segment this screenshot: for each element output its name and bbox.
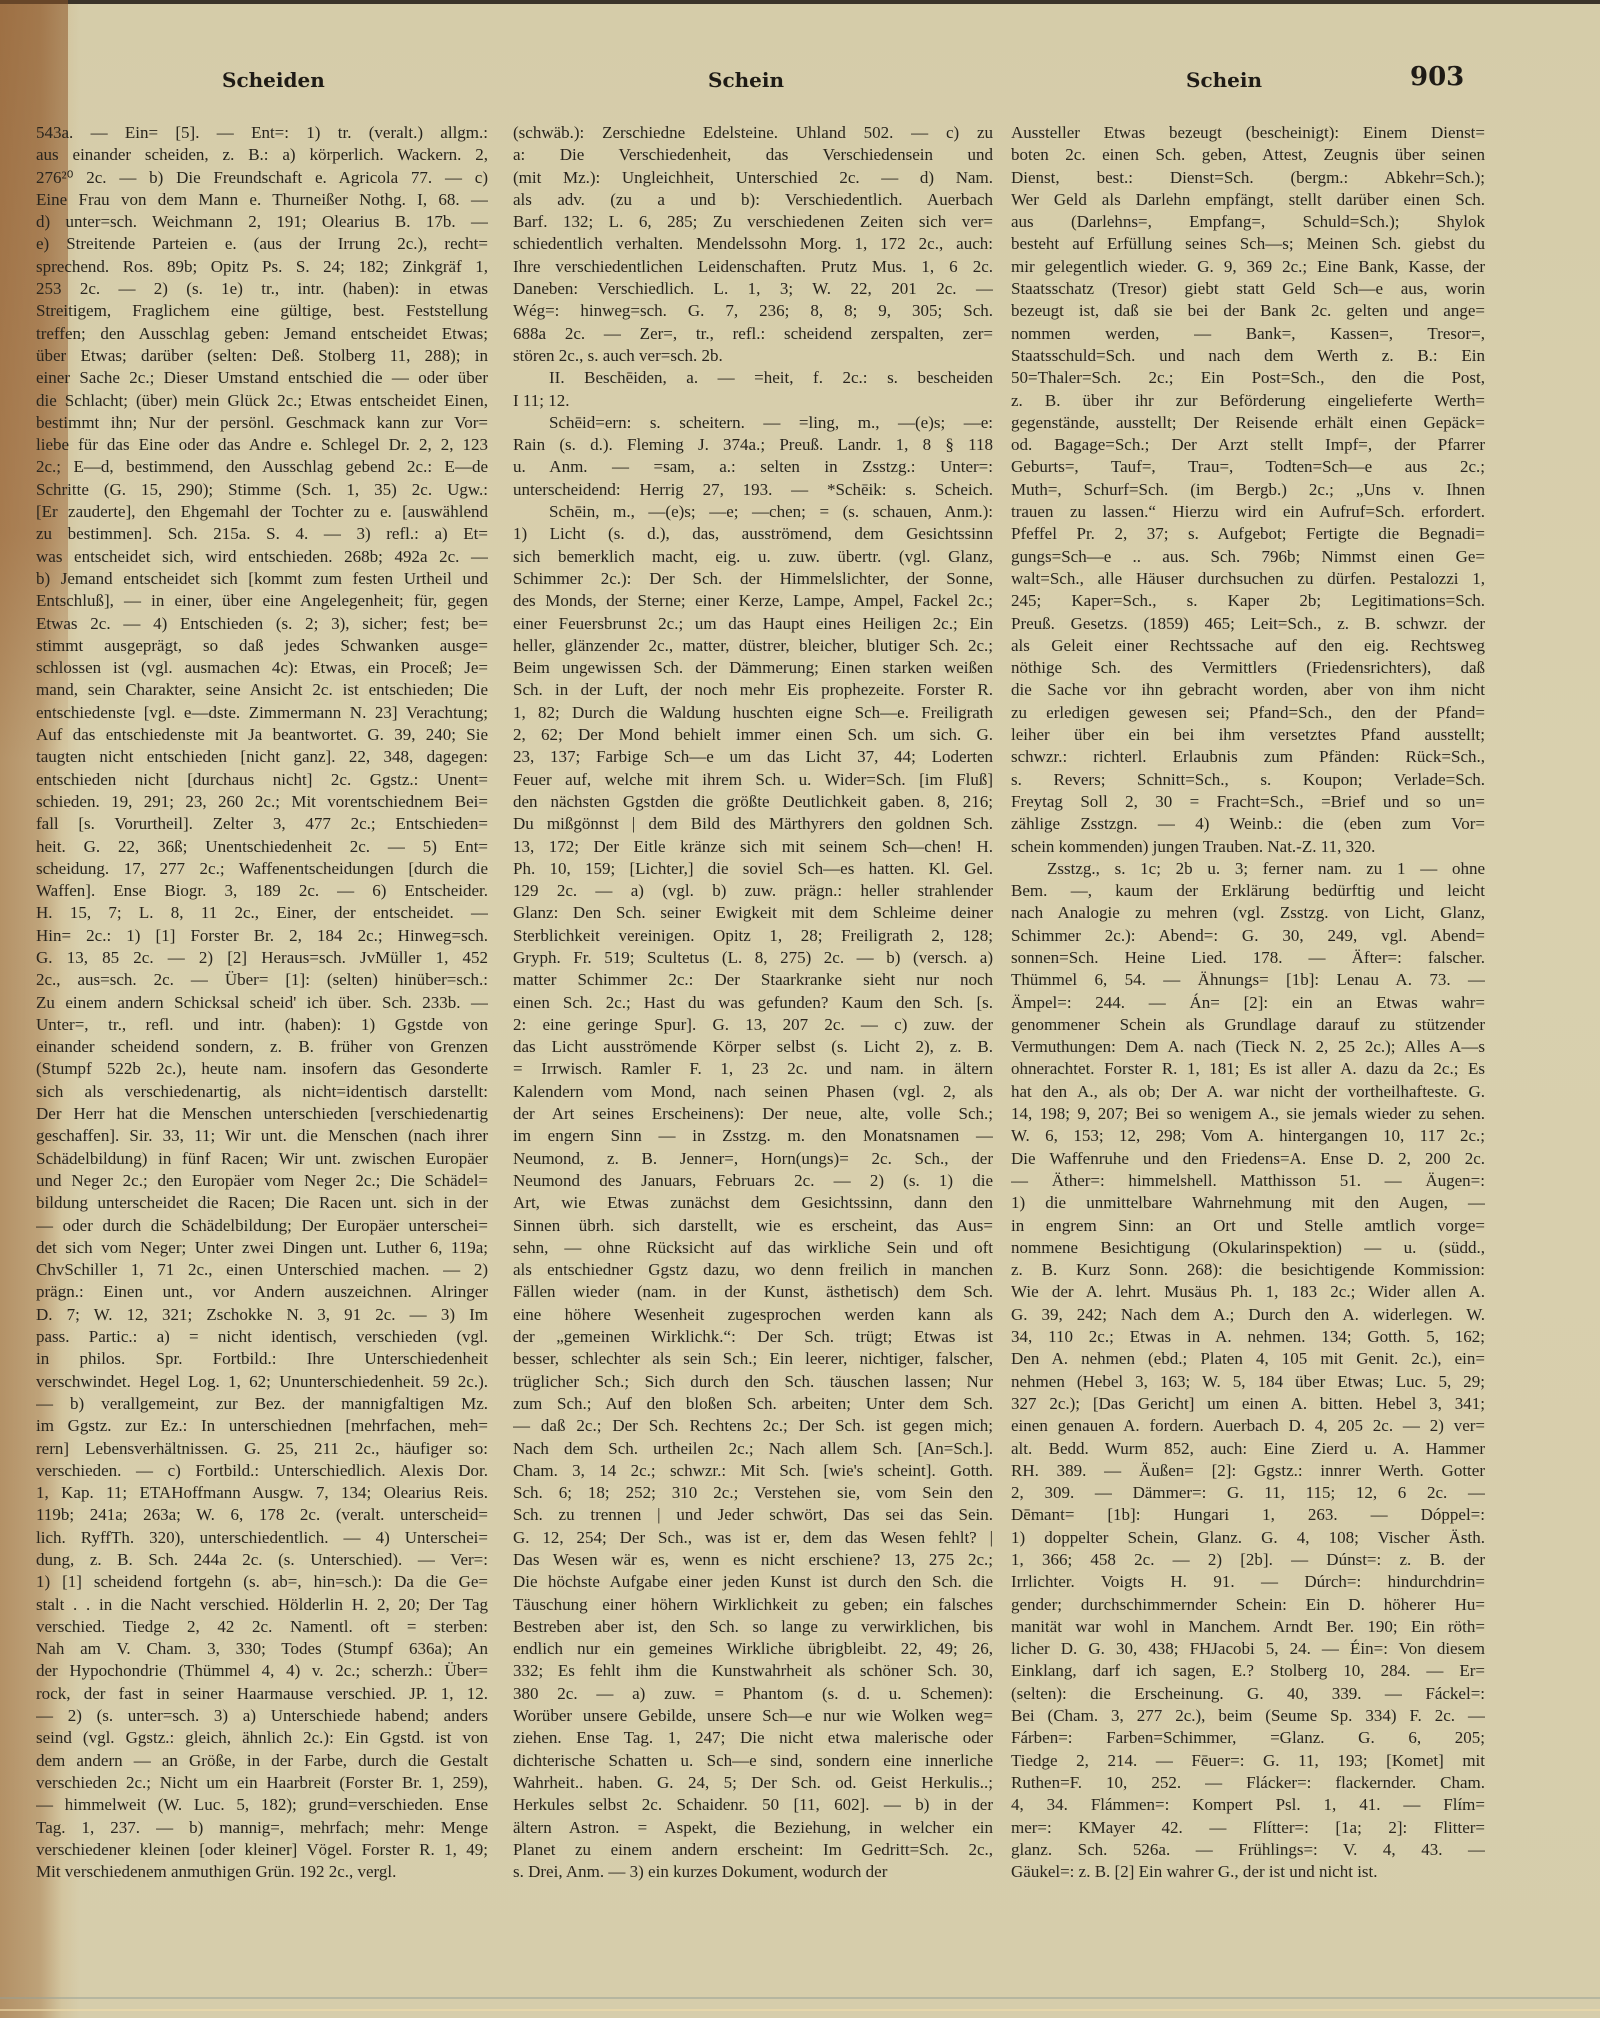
text-line: 245; Kaper=Sch., s. Kaper 2b; Legitimati…	[1011, 590, 1485, 612]
text-line: 2c.; E—d, bestimmend, den Ausschlag gebe…	[36, 456, 488, 478]
text-line: treffen; den Ausschlag geben: Jemand ent…	[36, 323, 488, 345]
text-line: 1) die unmittelbare Wahrnehmung mit den …	[1011, 1192, 1485, 1214]
text-line: zählige Zsstzgn. — 4) Weinb.: die (eben …	[1011, 813, 1485, 835]
text-line: Einklang, darf ich sagen, E.? Stolberg 1…	[1011, 1660, 1485, 1682]
text-line: der „gemeinen Wirklichk.“: Der Sch. trüg…	[513, 1326, 993, 1348]
text-line: und Neger 2c.; den Europäer vom Neger 2c…	[36, 1170, 488, 1192]
header-right-keyword: Schein	[1186, 68, 1262, 92]
text-line: der Art seines Erscheinens): Der neue, a…	[513, 1103, 993, 1125]
text-line: Das Wesen wär es, wenn es nicht erschien…	[513, 1549, 993, 1571]
text-line: 50=Thaler=Sch. 2c.; Ein Post=Sch., den d…	[1011, 367, 1485, 389]
text-line: aus einander scheiden, z. B.: a) körperl…	[36, 144, 488, 166]
text-line: s. Revers; Schnitt=Sch., s. Koupon; Verl…	[1011, 769, 1485, 791]
text-line: geschaffen]. Sir. 33, 11; Wir unt. die M…	[36, 1125, 488, 1147]
text-line: Fällen wieder (nam. in der Kunst, ästhet…	[513, 1281, 993, 1303]
text-line: schieden. 19, 291; 23, 260 2c.; Mit vore…	[36, 791, 488, 813]
text-line: boten 2c. einen Sch. geben, Attest, Zeug…	[1011, 144, 1485, 166]
text-line: nach Analogie zu mehren (vgl. Zsstzg. vo…	[1011, 902, 1485, 924]
text-line: mir gelegentlich wieder. G. 9, 369 2c.; …	[1011, 256, 1485, 278]
text-line: Schädelbildung) in fünf Racen; Wir unt. …	[36, 1148, 488, 1170]
text-line: — b) verallgemeint, zur Bez. der mannigf…	[36, 1393, 488, 1415]
text-line: Eine Frau von dem Mann e. Thurneißer Not…	[36, 189, 488, 211]
text-line: 1, Kap. 11; ETAHoffmann Ausgw. 7, 134; O…	[36, 1482, 488, 1504]
text-line: Unter=, tr., refl. und intr. (haben): 1)…	[36, 1014, 488, 1036]
text-line: Täuschung einer höhern Wirklichkeit zu g…	[513, 1594, 993, 1616]
text-line: Daneben: Verschiedlich. L. 1, 3; W. 22, …	[513, 278, 993, 300]
text-line: 276²⁰ 2c. — b) Die Freundschaft e. Agric…	[36, 167, 488, 189]
text-line: Zu einem andern Schicksal scheid' ich üb…	[36, 992, 488, 1014]
text-line: hat den A., als ob; Der A. war nicht der…	[1011, 1081, 1485, 1103]
text-line: nehmen (Hebel 3, 163; W. 5, 184 über Etw…	[1011, 1371, 1485, 1393]
text-line: — 2) (s. unter=sch. 3) a) Unterschiede h…	[36, 1705, 488, 1727]
header-middle-keyword: Schein	[708, 68, 784, 92]
text-line: besteht auf Erfüllung seines Sch—s; Mein…	[1011, 233, 1485, 255]
text-line: u. Anm. — =sam, a.: selten in Zsstzg.: U…	[513, 456, 993, 478]
text-line: den nächsten Ggstden die größte Deutlich…	[513, 791, 993, 813]
text-line: glanz. Sch. 526a. — Frühlings=: V. 4, 43…	[1011, 1839, 1485, 1861]
text-line: prägn.: Einen unt., vor Andern auszeichn…	[36, 1281, 488, 1303]
text-line: endlich nur ein gemeines Wirkliche übrig…	[513, 1638, 993, 1660]
text-line: stimmt ausgeprägt, so daß jedes Schwanke…	[36, 635, 488, 657]
text-line: heller, glänzender 2c., matter, düstrer,…	[513, 635, 993, 657]
text-line: einer Feuersbrunst 2c.; um das Haupt ein…	[513, 613, 993, 635]
text-line: im Ggstz. zur Ez.: In unterschiednen [me…	[36, 1415, 488, 1437]
text-line: s. Drei, Anm. — 3) ein kurzes Dokument, …	[513, 1861, 993, 1883]
text-line: nommene Besichtigung (Okularinspektion) …	[1011, 1237, 1485, 1259]
text-line: eine höhere Wesenheit zugesprochen werde…	[513, 1304, 993, 1326]
text-line: trauen zu lassen.“ Hierzu wird ein Aufru…	[1011, 501, 1485, 523]
page-number: 903	[1410, 62, 1464, 92]
text-line: die Sache vor ihn gebracht worden, aber …	[1011, 679, 1485, 701]
text-line: trüglicher Sch.; Sich durch den Sch. täu…	[513, 1371, 993, 1393]
text-line: 327 2c.); [Das Gericht] um einen A. bitt…	[1011, 1393, 1485, 1415]
text-line: gungs=Sch—e .. aus. Sch. 796b; Nimmst ei…	[1011, 546, 1485, 568]
text-line: ohnerachtet. Forster R. 1, 181; Es ist a…	[1011, 1058, 1485, 1080]
text-line: entschieden nicht [durchaus nicht] 2c. G…	[36, 769, 488, 791]
text-line: Thümmel 6, 54. — Ähnungs= [1b]: Lenau A.…	[1011, 969, 1485, 991]
text-line: Hin= 2c.: 1) [1] Forster Br. 2, 184 2c.;…	[36, 925, 488, 947]
text-line: (schwäb.): Zerschiedne Edelsteine. Uhlan…	[513, 122, 993, 144]
text-line: Sterblichkeit vereinigen. Opitz 1, 28; F…	[513, 925, 993, 947]
text-line: Ämpel=: 244. — Án= [2]: ein an Etwas wah…	[1011, 992, 1485, 1014]
text-line: in philos. Spr. Fortbild.: Ihre Untersch…	[36, 1348, 488, 1370]
text-line: Nach dem Sch. urtheilen 2c.; Nach allem …	[513, 1438, 993, 1460]
text-line: schein kommenden) jungen Trauben. Nat.-Z…	[1011, 836, 1485, 858]
text-line: der Hypochondrie (Thümmel 4, 4) v. 2c.; …	[36, 1660, 488, 1682]
text-line: Ihre verschiedentlichen Leidenschaften. …	[513, 256, 993, 278]
text-line: licher D. G. 30, 438; FHJacobi 5, 24. — …	[1011, 1638, 1485, 1660]
text-line: entschiedenste [vgl. e—dste. Zimmermann …	[36, 702, 488, 724]
text-line: sich als verschiedenartig, als nicht=ide…	[36, 1081, 488, 1103]
text-line: rern] Lebensverhältnissen. G. 25, 211 2c…	[36, 1438, 488, 1460]
scan-bottom-line	[0, 1997, 1600, 1999]
text-line: — himmelweit (W. Luc. 5, 182); grund=ver…	[36, 1794, 488, 1816]
text-line: Kalendern vom Mond, nach seinen Phasen (…	[513, 1081, 993, 1103]
text-line: (Stumpf 522b 2c.), heute nam. insofern d…	[36, 1058, 488, 1080]
text-line: Gäukel=: z. B. [2] Ein wahrer G., der is…	[1011, 1861, 1485, 1883]
text-line: lich. RyffTh. 320), unterschiedentlich. …	[36, 1527, 488, 1549]
column-right: Aussteller Etwas bezeugt (bescheinigt): …	[1011, 122, 1485, 1883]
text-line: dung, z. B. Sch. 244a 2c. (s. Unterschie…	[36, 1549, 488, 1571]
text-line: 1, 82; Durch die Waldung huschten eigne …	[513, 702, 993, 724]
text-line: einer Sache 2c.; Dieser Umstand entschie…	[36, 367, 488, 389]
text-line: im engern Sinn — in Zsstzg. m. den Monat…	[513, 1125, 993, 1147]
text-line: Fárben=: Farben=Schimmer, =Glanz. G. 6, …	[1011, 1727, 1485, 1749]
text-line: H. 15, 7; L. 8, 11 2c., Einer, der entsc…	[36, 902, 488, 924]
text-line: 1) [1] scheidend fortgehn (s. ab=, hin=s…	[36, 1571, 488, 1593]
text-line: Glanz: Den Sch. seiner Ewigkeit mit dem …	[513, 902, 993, 924]
text-line: 380 2c. — a) zuw. = Phantom (s. d. u. Sc…	[513, 1683, 993, 1705]
text-line: dichterische Schatten u. Sch—e sind, son…	[513, 1750, 993, 1772]
text-line: Schimmer 2c.): Der Sch. der Himmelslicht…	[513, 568, 993, 590]
text-line: einen genauen A. fordern. Auerbach D. 4,…	[1011, 1415, 1485, 1437]
text-line: Schimmer 2c.): Abend=: G. 30, 249, vgl. …	[1011, 925, 1485, 947]
text-line: Staatsschuld=Sch. und nach dem Werth z. …	[1011, 345, 1485, 367]
text-line: leiher über ein bei ihm versetztes Pfand…	[1011, 724, 1485, 746]
text-line: schwzr.: richterl. Erlaubnis zum Pfänden…	[1011, 746, 1485, 768]
text-line: 2: eine geringe Spur]. G. 13, 207 2c. — …	[513, 1014, 993, 1036]
text-line: verschieden. — c) Fortbild.: Unterschied…	[36, 1460, 488, 1482]
text-line: aus (Darlehns=, Empfang=, Schuld=Sch.); …	[1011, 211, 1485, 233]
text-line: Etwas 2c. — 4) Entschieden (s. 2; 3), si…	[36, 613, 488, 635]
text-line: bestimmt ihn; Nur der persönl. Geschmack…	[36, 412, 488, 434]
text-line: ChvSchiller 1, 71 2c., einen Unterschied…	[36, 1259, 488, 1281]
text-line: sich bemerklich macht, eig. u. zuw. über…	[513, 546, 993, 568]
text-line: scheidung. 17, 277 2c.; Waffenentscheidu…	[36, 858, 488, 880]
text-line: verschwindet. Hegel Log. 1, 62; Ununters…	[36, 1371, 488, 1393]
text-line: Wahrheit.. haben. G. 24, 5; Der Sch. od.…	[513, 1772, 993, 1794]
text-line: Nah am V. Cham. 3, 330; Todes (Stumpf 63…	[36, 1638, 488, 1660]
text-line: — daß 2c.; Der Sch. Rechtens 2c.; Der Sc…	[513, 1415, 993, 1437]
text-line: rock, der fast in seiner Haarmause versc…	[36, 1683, 488, 1705]
text-line: G. 12, 254; Der Sch., was ist er, dem da…	[513, 1527, 993, 1549]
scan-bottom-line-light	[0, 2009, 1600, 2011]
text-line: des Monds, der Sterne; einer Kerze, Lamp…	[513, 590, 993, 612]
text-line: liebe für das Eine oder das Andre e. Sch…	[36, 434, 488, 456]
text-line: G. 13, 85 2c. — 2) [2] Heraus=sch. JvMül…	[36, 947, 488, 969]
text-line: mand, sein Charakter, seine Ansicht 2c. …	[36, 679, 488, 701]
text-line: 1) doppelter Schein, Glanz. G. 4, 108; V…	[1011, 1527, 1485, 1549]
text-line: Schēin, m., —(e)s; —e; —chen; = (s. scha…	[513, 501, 993, 523]
text-line: Geburts=, Tauf=, Trau=, Todten=Sch—e aus…	[1011, 456, 1485, 478]
text-line: Mit verschiedenem anmuthigen Grün. 192 2…	[36, 1861, 488, 1883]
text-line: Gryph. Fr. 519; Scultetus (L. 8, 275) 2c…	[513, 947, 993, 969]
text-line: Barf. 132; L. 6, 285; Zu verschiedenen Z…	[513, 211, 993, 233]
text-line: Muth=, Schurf=Sch. (im Bergb.) 2c.; „Uns…	[1011, 479, 1485, 501]
text-line: bildung unterscheidet die Racen; Die Rac…	[36, 1192, 488, 1214]
text-line: det sich vom Neger; Unter zwei Dingen un…	[36, 1237, 488, 1259]
text-line: fall [s. Vorurtheil]. Zelter 3, 477 2c.;…	[36, 813, 488, 835]
text-line: 332; Es fehlt ihm die Kunstwahrheit als …	[513, 1660, 993, 1682]
text-line: 129 2c. — a) (vgl. b) zuw. prägn.: helle…	[513, 880, 993, 902]
text-line: RH. 389. — Äußen= [2]: Ggstz.: innrer We…	[1011, 1460, 1485, 1482]
text-line: nommen werden, — Bank=, Kassen=, Tresor=…	[1011, 323, 1485, 345]
text-line: Worüber unsere Gebilde, unsere Sch—e nur…	[513, 1705, 993, 1727]
text-line: d) unter=sch. Weichmann 2, 191; Olearius…	[36, 211, 488, 233]
text-line: nöthige Sch. des Vermittlers (Friedensri…	[1011, 657, 1485, 679]
text-line: Sch. zu trennen | und Jeder schwört, Das…	[513, 1504, 993, 1526]
text-line: das Licht ausströmende Körper selbst (s.…	[513, 1036, 993, 1058]
text-line: schiedentlich verhalten. Mendelssohn Mor…	[513, 233, 993, 255]
text-line: Schritte (G. 15, 290); Stimme (Sch. 1, 3…	[36, 479, 488, 501]
text-line: Staatsschatz (Tresor) giebt statt Geld S…	[1011, 278, 1485, 300]
text-line: a: Die Verschiedenheit, das Verschiedens…	[513, 144, 993, 166]
text-line: Wer Geld als Darlehn empfängt, stellt da…	[1011, 189, 1485, 211]
text-line: die Schlacht; (über) mein Glück 2c.; Etw…	[36, 390, 488, 412]
text-line: Neumond, z. B. Jenner=, Horn(ungs)= 2c. …	[513, 1148, 993, 1170]
text-line: als Geleit einer Rechtssache auf den eig…	[1011, 635, 1485, 657]
column-left: 543a. — Ein= [5]. — Ent=: 1) tr. (veralt…	[36, 122, 488, 1883]
text-line: Neumond des Januars, Februars 2c. — 2) (…	[513, 1170, 993, 1192]
column-middle: (schwäb.): Zerschiedne Edelsteine. Uhlan…	[513, 122, 993, 1883]
text-line: 14, 198; 9, 207; Bei so wenigem A., sie …	[1011, 1103, 1485, 1125]
text-line: Freytag Soll 2, 30 = Fracht=Sch., =Brief…	[1011, 791, 1485, 813]
text-line: gegenstände, ausstellt; Der Reisende erh…	[1011, 412, 1485, 434]
text-line: gender; durchschimmernder Schein: Ein D.…	[1011, 1594, 1485, 1616]
text-line: ältern Astron. = Aspekt, die Beziehung, …	[513, 1817, 993, 1839]
text-line: Schēid=ern: s. scheitern. — =ling, m., —…	[513, 412, 993, 434]
text-line: 2c., aus=sch. 2c. — Über= [1]: (selten) …	[36, 969, 488, 991]
text-line: in engrem Sinn: an Ort und Stelle amtlic…	[1011, 1215, 1485, 1237]
text-line: Sinnen übrh. sich darstellt, wie es ersc…	[513, 1215, 993, 1237]
text-line: Bestreben aber ist, den Sch. so lange zu…	[513, 1616, 993, 1638]
text-line: dem andern — an Größe, in der Farbe, dur…	[36, 1750, 488, 1772]
text-line: alt. Bedd. Wurm 852, auch: Eine Zierd u.…	[1011, 1438, 1485, 1460]
text-line: Waffen]. Ense Biogr. 3, 189 2c. — 6) Ent…	[36, 880, 488, 902]
text-line: Pfeffel Pr. 2, 37; s. Aufgebot; Fertigte…	[1011, 523, 1485, 545]
text-line: Sch. in der Luft, der noch mehr Eis prop…	[513, 679, 993, 701]
text-line: Feuer auf, welche mit ihrem Sch. u. Wide…	[513, 769, 993, 791]
text-line: verschiedener kleinen [oder kleiner] Vög…	[36, 1839, 488, 1861]
text-line: Zsstzg., s. 1c; 2b u. 3; ferner nam. zu …	[1011, 858, 1485, 880]
text-line: z. B. Kurz Sonn. 268): die besichtigende…	[1011, 1259, 1485, 1281]
text-line: Ruthen=F. 10, 252. — Flácker=: flackernd…	[1011, 1772, 1485, 1794]
scan-top-edge	[0, 0, 1600, 4]
text-line: (selten): die Erscheinung. G. 40, 339. —…	[1011, 1683, 1485, 1705]
text-line: e) Streitende Parteien e. (aus der Irrun…	[36, 233, 488, 255]
text-line: Den A. nehmen (ebd.; Platen 4, 105 mit G…	[1011, 1348, 1485, 1370]
text-line: Ph. 10, 159; [Lichter,] die soviel Sch—e…	[513, 858, 993, 880]
text-line: Du mißgönnst | dem Bild des Märthyrers d…	[513, 813, 993, 835]
text-line: verschied. Tiedge 2, 42 2c. Namentl. oft…	[36, 1616, 488, 1638]
text-line: Rain (s. d.). Fleming J. 374a.; Preuß. L…	[513, 434, 993, 456]
text-line: über Etwas; darüber (selten: Deß. Stolbe…	[36, 345, 488, 367]
text-line: was entscheidet sich, wird entschieden. …	[36, 546, 488, 568]
text-line: seind (vgl. Ggstz.: gleich, ähnlich 2c.)…	[36, 1727, 488, 1749]
text-line: D. 7; W. 12, 321; Zschokke N. 3, 91 2c. …	[36, 1304, 488, 1326]
text-line: Streitigem, Fraglichem eine gültige, bes…	[36, 300, 488, 322]
text-line: Die Waffenruhe und den Friedens=A. Ense …	[1011, 1148, 1485, 1170]
text-line: 1, 366; 458 2c. — 2) [2b]. — Dúnst=: z. …	[1011, 1549, 1485, 1571]
text-line: zum Sch.; Auf den bloßen Sch. arbeiten; …	[513, 1393, 993, 1415]
text-line: 1) Licht (s. d.), das, ausströmend, dem …	[513, 523, 993, 545]
text-line: mer=: KMayer 42. — Flítter=: [1a; 2]: Fl…	[1011, 1817, 1485, 1839]
text-line: G. 39, 242; Nach dem A.; Durch den A. wi…	[1011, 1304, 1485, 1326]
text-line: Die höchste Aufgabe einer jeden Kunst is…	[513, 1571, 993, 1593]
text-line: walt=Sch., alle Häuser durchsuchen zu dü…	[1011, 568, 1485, 590]
text-line: Vermuthungen: Dem A. nach (Tieck N. 2, 2…	[1011, 1036, 1485, 1058]
text-line: = Irrwisch. Ramler F. 1, 23 2c. und nam.…	[513, 1058, 993, 1080]
text-line: Auf das entschiedenste mit Ja beantworte…	[36, 724, 488, 746]
text-line: sprechend. Ros. 89b; Opitz Ps. S. 24; 18…	[36, 256, 488, 278]
text-line: manität war wohl in Manchem. Arndt Ber. …	[1011, 1616, 1485, 1638]
text-line: z. B. über ihr zur Beförderung eingelief…	[1011, 390, 1485, 412]
text-line: Art, wie Etwas zunächst dem Gesichtssinn…	[513, 1192, 993, 1214]
text-line: als entschiedner Ggstz dazu, wo denn fre…	[513, 1259, 993, 1281]
text-line: (mit Mz.): Ungleichheit, Unterschied 2c.…	[513, 167, 993, 189]
text-line: sonnen=Sch. Heine Lied. 178. — Äfter=: f…	[1011, 947, 1485, 969]
text-line: Wie der A. lehrt. Musäus Ph. 1, 183 2c.;…	[1011, 1281, 1485, 1303]
text-line: W. 6, 153; 12, 298; Vom A. hintergangen …	[1011, 1125, 1485, 1147]
text-line: Dēmant= [1b]: Hungari 1, 263. — Dóppel=:	[1011, 1504, 1485, 1526]
running-header: Scheiden Schein Schein 903	[0, 60, 1600, 100]
text-line: bezeugt ist, daß sie bei der Bank 2c. ge…	[1011, 300, 1485, 322]
text-line: einander scheidend sondern, z. B. früher…	[36, 1036, 488, 1058]
text-line: Cham. 3, 14 2c.; schwzr.: Mit Sch. [wie'…	[513, 1460, 993, 1482]
text-line: Herkules selbst 2c. Schaidenr. 50 [11, 6…	[513, 1794, 993, 1816]
text-line: Wég=: hinweg=sch. G. 7, 236; 8, 8; 9, 30…	[513, 300, 993, 322]
text-line: Beim ungewissen Sch. der Dämmerung; Eine…	[513, 657, 993, 679]
text-line: 2, 62; Der Mond behielt immer einen Sch.…	[513, 724, 993, 746]
text-line: Tag. 1, 237. — b) mannig=, mehrfach; meh…	[36, 1817, 488, 1839]
text-line: od. Bagage=Sch.; Der Arzt stellt Impf=, …	[1011, 434, 1485, 456]
text-line: Sch. 6; 18; 252; 310 2c.; Verstehen sie,…	[513, 1482, 993, 1504]
text-line: genommener Schein als Grundlage darauf z…	[1011, 1014, 1485, 1036]
text-line: Der Herr hat die Menschen unterschieden …	[36, 1103, 488, 1125]
text-line: 2, 309. — Dämmer=: G. 11, 115; 12, 6 2c.…	[1011, 1482, 1485, 1504]
text-line: 23, 137; Farbige Sch—e um das Licht 37, …	[513, 746, 993, 768]
text-line: schlossen ist (vgl. ausmachen 4c): Etwas…	[36, 657, 488, 679]
text-line: b) Jemand entscheidet sich [kommt zum fe…	[36, 568, 488, 590]
text-line: zu bestimmen]. Sch. 215a. S. 4. — 3) ref…	[36, 523, 488, 545]
text-line: 4, 34. Flámmen=: Kompert Psl. 1, 41. — F…	[1011, 1794, 1485, 1816]
header-left-keyword: Scheiden	[222, 68, 325, 92]
text-line: — oder durch die Schädelbildung; Der Eur…	[36, 1215, 488, 1237]
text-line: — Äther=: himmelshell. Matthisson 51. — …	[1011, 1170, 1485, 1192]
text-line: stalt . . in die Nacht verschied. Hölder…	[36, 1594, 488, 1616]
text-line: Bei (Cham. 3, 277 2c.), beim (Seume Sp. …	[1011, 1705, 1485, 1727]
text-line: pass. Partic.: a) = nicht identisch, ver…	[36, 1326, 488, 1348]
text-line: 543a. — Ein= [5]. — Ent=: 1) tr. (veralt…	[36, 122, 488, 144]
text-line: besser, schlechter als sein Sch.; Ein le…	[513, 1348, 993, 1370]
text-line: als adv. (zu a und b): Verschiedentlich.…	[513, 189, 993, 211]
text-line: 688a 2c. — Zer=, tr., refl.: scheidend z…	[513, 323, 993, 345]
text-line: Dienst, best.: Dienst=Sch. (bergm.: Abke…	[1011, 167, 1485, 189]
text-line: matter Schimmer 2c.: Der Staarkranke sie…	[513, 969, 993, 991]
text-line: I 11; 12.	[513, 390, 993, 412]
text-line: unterscheidend: Herrig 27, 193. — *Schēi…	[513, 479, 993, 501]
text-line: Irrlichter. Voigts H. 91. — Dúrch=: hind…	[1011, 1571, 1485, 1593]
text-line: stören 2c., s. auch ver=sch. 2b.	[513, 345, 993, 367]
text-line: 253 2c. — 2) (s. 1e) tr., intr. (haben):…	[36, 278, 488, 300]
text-line: II. Beschēiden, a. — =heit, f. 2c.: s. b…	[513, 367, 993, 389]
text-line: zu erledigen gewesen sei; Pfand=Sch., de…	[1011, 702, 1485, 724]
text-line: Preuß. Gesetzs. (1859) 465; Leit=Sch., z…	[1011, 613, 1485, 635]
text-line: 119b; 241a; 263a; W. 6, 178 2c. (veralt.…	[36, 1504, 488, 1526]
text-line: sehn, — ohne Rücksicht auf das wirkliche…	[513, 1237, 993, 1259]
text-line: [Er zauderte], den Ehgemahl der Tochter …	[36, 501, 488, 523]
text-line: 34, 110 2c.; Etwas in A. nehmen. 134; Go…	[1011, 1326, 1485, 1348]
text-line: taugten nicht entschieden [nicht ganz]. …	[36, 746, 488, 768]
text-line: Entschluß], — in einer, über eine Angele…	[36, 590, 488, 612]
text-line: ziehen. Ense Tag. 1, 247; Die nicht etwa…	[513, 1727, 993, 1749]
text-line: Aussteller Etwas bezeugt (bescheinigt): …	[1011, 122, 1485, 144]
text-line: Bem. —, kaum der Erklärung bedürftig und…	[1011, 880, 1485, 902]
text-line: Planet zu einem andern erscheint: Im Ged…	[513, 1839, 993, 1861]
text-line: einen Sch. 2c.; Hast du was gefunden? Ka…	[513, 992, 993, 1014]
text-line: 13, 172; Der Eitle kränze sich mit seine…	[513, 836, 993, 858]
text-line: heit. G. 22, 36ß; Unentschiedenheit 2c. …	[36, 836, 488, 858]
text-line: Tiedge 2, 214. — Fēuer=: G. 11, 193; [Ko…	[1011, 1750, 1485, 1772]
text-line: verschieden 2c.; Nicht um ein Haarbreit …	[36, 1772, 488, 1794]
